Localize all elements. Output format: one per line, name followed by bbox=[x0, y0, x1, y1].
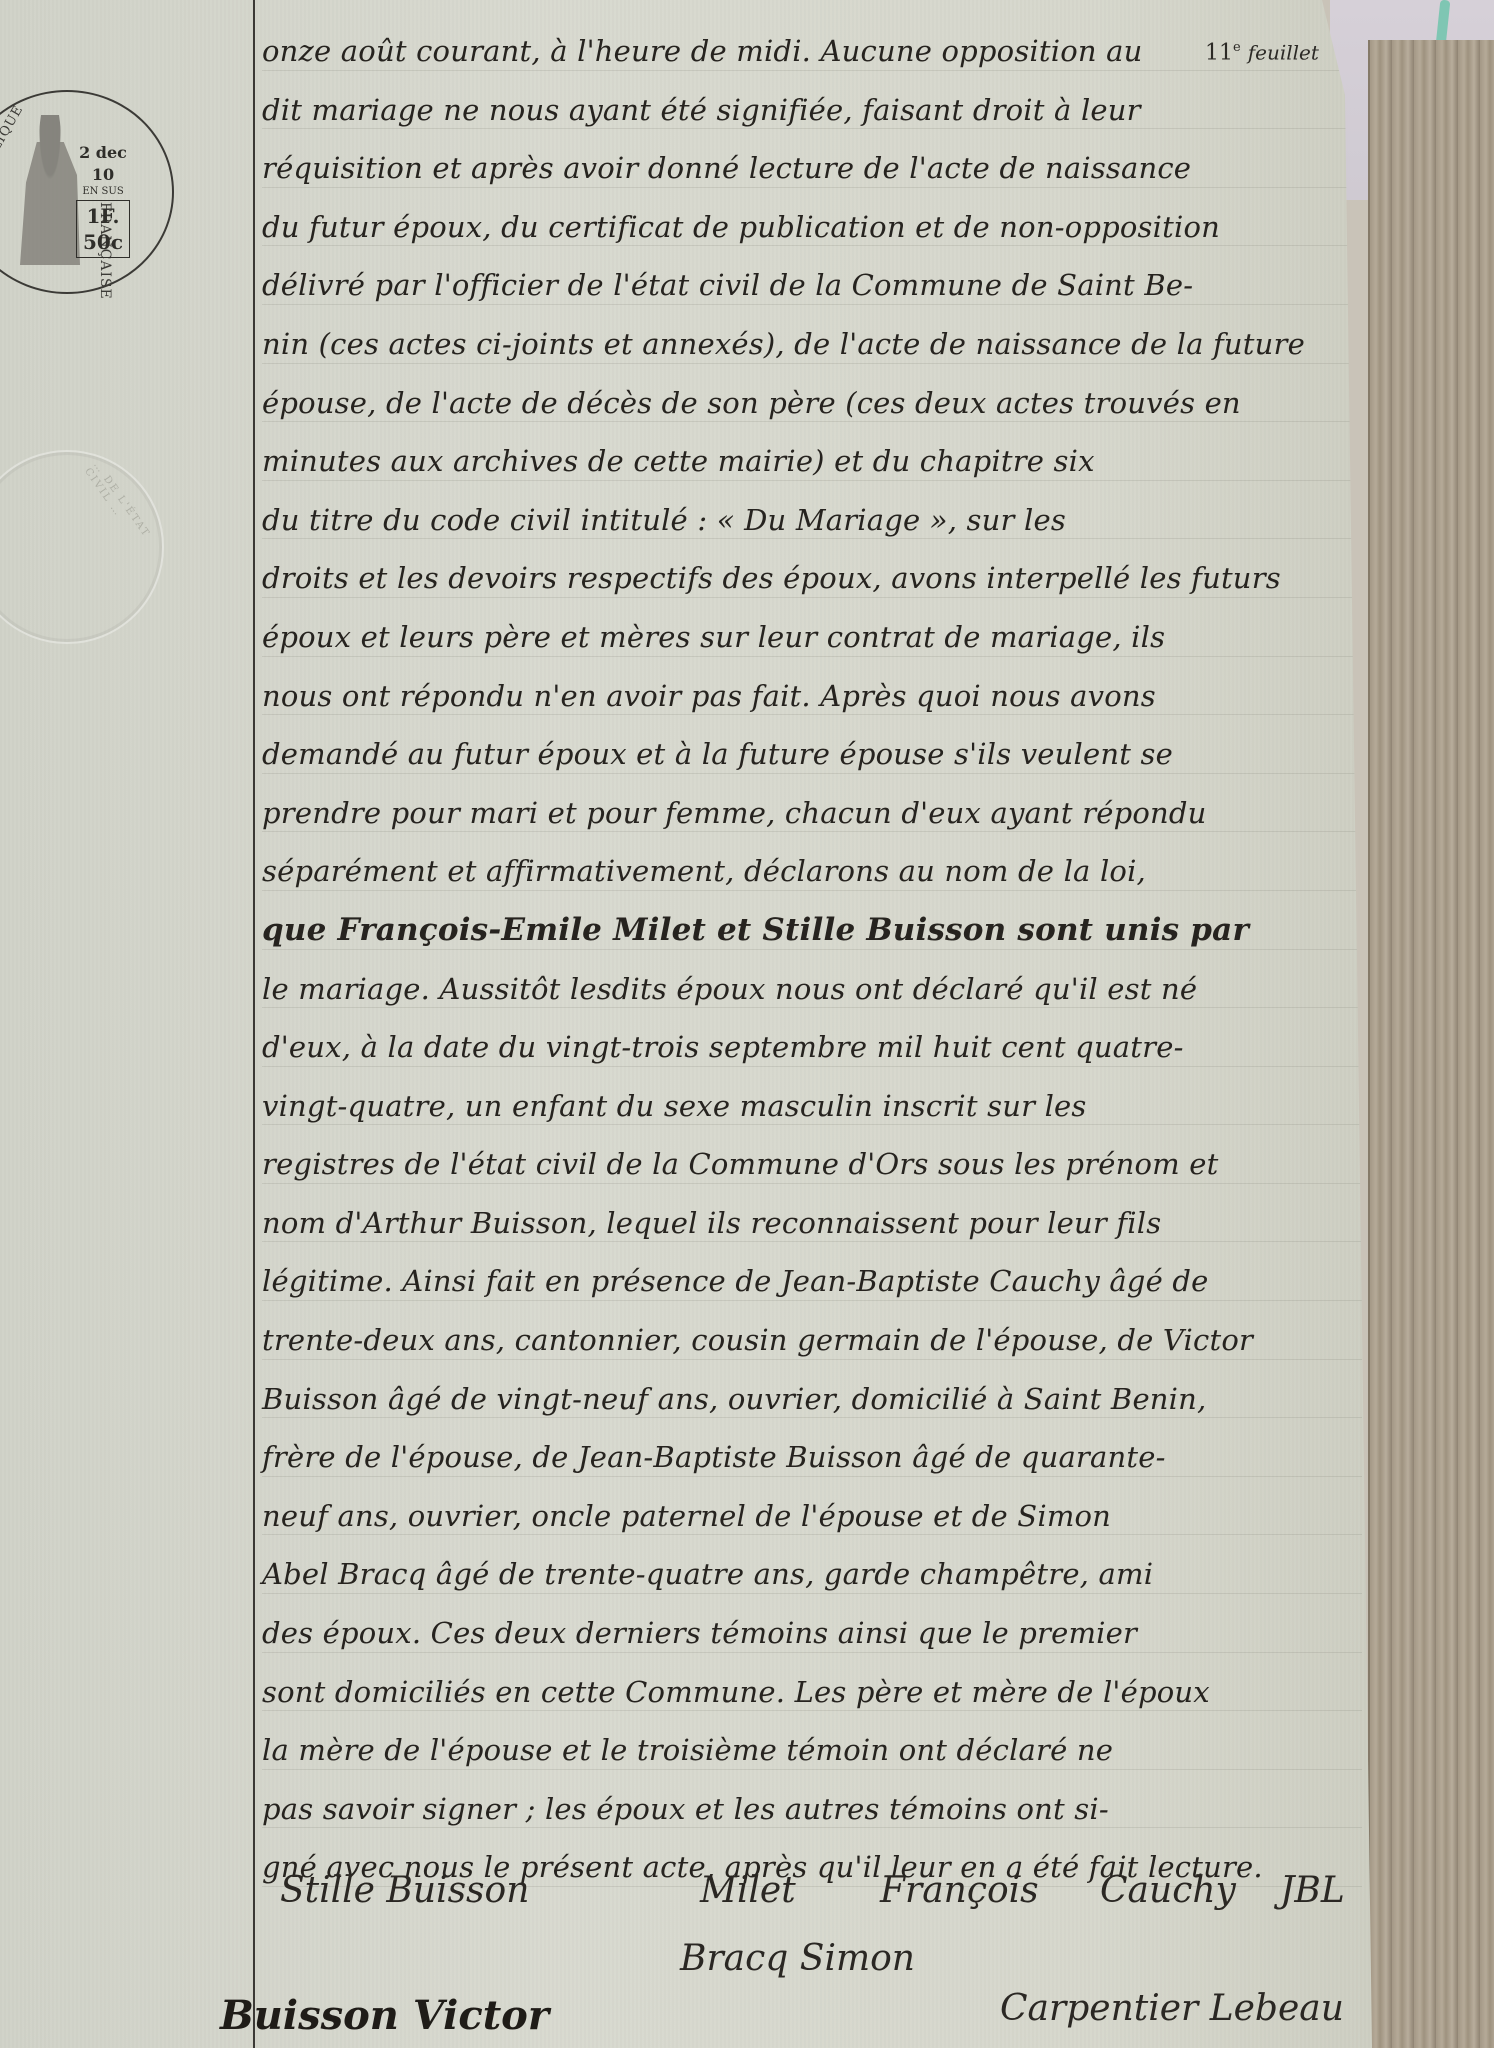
act-line: du titre du code civil intitulé : « Du M… bbox=[262, 491, 1362, 550]
emboss-seal-text: … DE L'ÉTAT CIVIL … bbox=[82, 460, 152, 546]
act-line: épouse, de l'acte de décès de son père (… bbox=[262, 374, 1362, 433]
act-line: pas savoir signer ; les époux et les aut… bbox=[262, 1780, 1362, 1839]
act-line: réquisition et après avoir donné lecture… bbox=[262, 139, 1362, 198]
stamp-decimes: 2 dec 10 bbox=[76, 142, 130, 186]
stamp-values: 2 dec 10 EN SUS 1F. 50c bbox=[76, 142, 130, 258]
act-line: Buisson âgé de vingt-neuf ans, ouvrier, … bbox=[262, 1370, 1362, 1429]
act-line: minutes aux archives de cette mairie) et… bbox=[262, 432, 1362, 491]
act-line: trente-deux ans, cantonnier, cousin germ… bbox=[262, 1311, 1362, 1370]
stamp-value-box: 1F. 50c bbox=[76, 200, 130, 258]
act-body: onze août courant, à l'heure de midi. Au… bbox=[262, 22, 1362, 1897]
stamp-value-top: 1F. bbox=[77, 203, 129, 229]
act-line: Abel Bracq âgé de trente-quatre ans, gar… bbox=[262, 1545, 1362, 1604]
act-line: sont domiciliés en cette Commune. Les pè… bbox=[262, 1663, 1362, 1722]
signature-officer: Carpentier Lebeau bbox=[1000, 1988, 1344, 2029]
stamp-text-left: RÉPUBLIQUE bbox=[0, 103, 27, 200]
act-line: frère de l'épouse, de Jean-Baptiste Buis… bbox=[262, 1428, 1362, 1487]
signature-bride: Stille Buisson bbox=[280, 1870, 529, 1911]
embossed-seal: … DE L'ÉTAT CIVIL … bbox=[0, 450, 164, 644]
act-line: légitime. Ainsi fait en présence de Jean… bbox=[262, 1252, 1362, 1311]
act-line: nom d'Arthur Buisson, lequel ils reconna… bbox=[262, 1194, 1362, 1253]
signature-cauchy: Cauchy bbox=[1100, 1870, 1236, 1911]
act-line: onze août courant, à l'heure de midi. Au… bbox=[262, 22, 1362, 81]
stamp-value-bottom: 50c bbox=[77, 229, 129, 255]
act-line: d'eux, à la date du vingt-trois septembr… bbox=[262, 1018, 1362, 1077]
signature-francois: François bbox=[880, 1870, 1039, 1911]
act-line: droits et les devoirs respectifs des épo… bbox=[262, 549, 1362, 608]
act-line: demandé au futur époux et à la future ép… bbox=[262, 725, 1362, 784]
act-line: neuf ans, ouvrier, oncle paternel de l'é… bbox=[262, 1487, 1362, 1546]
act-line-spouses: que François-Emile Milet et Stille Buiss… bbox=[262, 901, 1362, 960]
signature-bracq-simon: Bracq Simon bbox=[680, 1938, 915, 1979]
act-line: du futur époux, du certificat de publica… bbox=[262, 198, 1362, 257]
act-line: époux et leurs père et mères sur leur co… bbox=[262, 608, 1362, 667]
signature-groom: Milet bbox=[700, 1870, 796, 1911]
act-line: le mariage. Aussitôt lesdits époux nous … bbox=[262, 960, 1362, 1019]
act-line: vingt-quatre, un enfant du sexe masculin… bbox=[262, 1077, 1362, 1136]
stamp-en-sus: EN SUS bbox=[76, 186, 130, 198]
act-line: la mère de l'épouse et le troisième témo… bbox=[262, 1721, 1362, 1780]
signatures-block: Stille Buisson Milet François Cauchy JBL… bbox=[200, 1870, 1360, 2048]
act-line: nin (ces actes ci-joints et annexés), de… bbox=[262, 315, 1362, 374]
margin-rule bbox=[253, 0, 255, 2048]
act-line: délivré par l'officier de l'état civil d… bbox=[262, 256, 1362, 315]
act-line: registres de l'état civil de la Commune … bbox=[262, 1135, 1362, 1194]
act-line: nous ont répondu n'en avoir pas fait. Ap… bbox=[262, 667, 1362, 726]
act-line: séparément et affirmativement, déclarons… bbox=[262, 842, 1362, 901]
act-line: dit mariage ne nous ayant été signifiée,… bbox=[262, 81, 1362, 140]
signature-initials: JBL bbox=[1280, 1870, 1345, 1911]
act-line: prendre pour mari et pour femme, chacun … bbox=[262, 784, 1362, 843]
signature-buisson-victor: Buisson Victor bbox=[220, 1992, 549, 2039]
act-line: des époux. Ces deux derniers témoins ain… bbox=[262, 1604, 1362, 1663]
register-page: RÉPUBLIQUE FRANÇAISE 2 dec 10 EN SUS 1F.… bbox=[0, 0, 1372, 2048]
book-page-edges bbox=[1368, 40, 1494, 2048]
